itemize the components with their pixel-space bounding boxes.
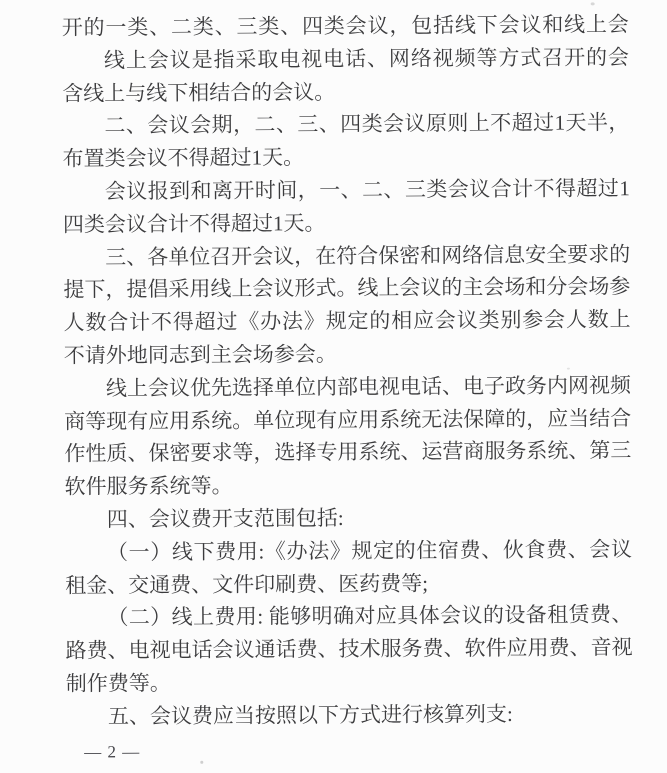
text-line: （二）线上费用: 能够明确对应具体会议的设备租赁费、线: [65, 599, 632, 635]
text-line: 五、会议费应当按照以下方式进行核算列支:: [66, 697, 633, 733]
text-line: 二、会议会期，二、三、四类会议原则上不超过1天半，传达、: [62, 107, 629, 143]
text-line: 提下，提倡采用线上会议形式。线上会议的主会场和分会场参会: [63, 271, 630, 307]
text-line: 布置类会议不得超过1天。: [63, 139, 630, 175]
scanned-document-page: 开的一类、二类、三类、四类会议，包括线下会议和线上会议。线上会议是指采取电视电话…: [0, 0, 667, 773]
text-line: 四、会议费开支范围包括:: [65, 500, 632, 536]
text-line: （一）线下费用:《办法》规定的住宿费、伙食费、会议场地: [65, 533, 632, 569]
text-line: 人数合计不得超过《办法》规定的相应会议类别参会人数上限，: [64, 303, 631, 339]
text-line: 制作费等。: [66, 664, 633, 700]
text-line: 租金、交通费、文件印刷费、医药费等;: [65, 566, 632, 602]
text-line: 路费、电视电话会议通话费、技术服务费、软件应用费、音视频: [66, 631, 633, 667]
text-line: 线上会议优先选择单位内部电视电话、电子政务内网视频会: [64, 369, 631, 405]
scan-speck: [567, 368, 570, 370]
text-line: 含线上与线下相结合的会议。: [62, 74, 629, 110]
scan-speck: [200, 761, 203, 764]
text-line: 商等现有应用系统。单位现有应用系统无法保障的，应当结合工: [64, 402, 631, 438]
text-line: 软件服务系统等。: [65, 467, 632, 503]
scan-content: 开的一类、二类、三类、四类会议，包括线下会议和线上会议。线上会议是指采取电视电话…: [0, 0, 667, 773]
text-line: 开的一类、二类、三类、四类会议，包括线下会议和线上会议。: [62, 8, 629, 44]
text-line: 作性质、保密要求等，选择专用系统、运营商服务系统、第三方: [64, 435, 631, 471]
text-line: 不请外地同志到主会场参会。: [64, 336, 631, 372]
text-line: 会议报到和离开时间，一、二、三类会议合计不得超过1天半，: [63, 172, 630, 208]
scan-speck: [591, 2, 595, 5]
text-line: 线上会议是指采取电视电话、网络视频等方式召开的会议，: [62, 41, 629, 77]
text-line: 三、各单位召开会议，在符合保密和网络信息安全要求的前: [63, 238, 630, 274]
text-line: 四类会议合计不得超过1天。: [63, 205, 630, 241]
page-number: — 2 —: [84, 741, 140, 763]
